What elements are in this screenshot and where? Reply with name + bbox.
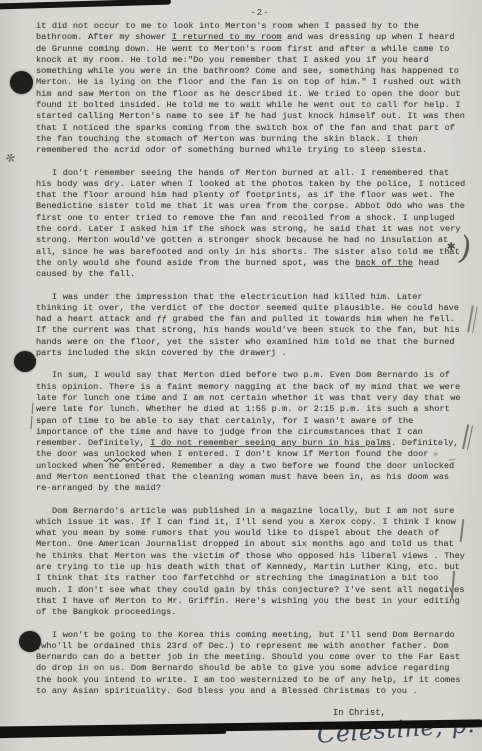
paragraph-4-text: In sum, I would say that Merton died bef…: [36, 370, 461, 448]
margin-asterisk-mark: ✻: [4, 149, 17, 168]
underlined-phrase: I do not remember seeing any burn in his…: [150, 438, 391, 448]
punch-hole-dot: [10, 71, 33, 94]
punch-hole-dot: [14, 351, 36, 372]
margin-tick-mark: [32, 403, 34, 414]
scanned-letter-page: -2- it did not occur to me to look into …: [0, 0, 482, 751]
punch-hole-dot: [19, 631, 41, 652]
margin-double-tick-mark: [466, 305, 480, 338]
underlined-phrase: back of the: [355, 258, 413, 268]
margin-tick-mark: [31, 416, 33, 429]
page-number: -2-: [36, 8, 466, 18]
wavy-underlined-word: unlocked: [104, 449, 145, 459]
paragraph-5: Dom Bernardo's article was published in …: [36, 506, 466, 619]
paragraph-2-text: I don't remember seeing the hands of Mer…: [36, 168, 465, 268]
paragraph-2: I don't remember seeing the hands of Mer…: [36, 168, 466, 281]
paragraph-1: it did not occur to me to look into Mert…: [36, 21, 466, 157]
underlined-phrase: I returned to my room: [172, 32, 282, 42]
paragraph-4: In sum, I would say that Merton died bef…: [36, 370, 466, 494]
paragraph-3-text: I was under the impression that the elec…: [36, 292, 460, 358]
paragraph-6-text: I won't be going to the Korea this comin…: [36, 630, 461, 696]
paragraph-3: I was under the impression that the elec…: [36, 292, 466, 360]
paragraph-6: I won't be going to the Korea this comin…: [36, 630, 466, 698]
letter-body: -2- it did not occur to me to look into …: [36, 8, 466, 749]
paragraph-1-text: and was dressing up when I heard de Grun…: [36, 32, 465, 155]
paragraph-5-text: Dom Bernardo's article was published in …: [36, 506, 465, 618]
